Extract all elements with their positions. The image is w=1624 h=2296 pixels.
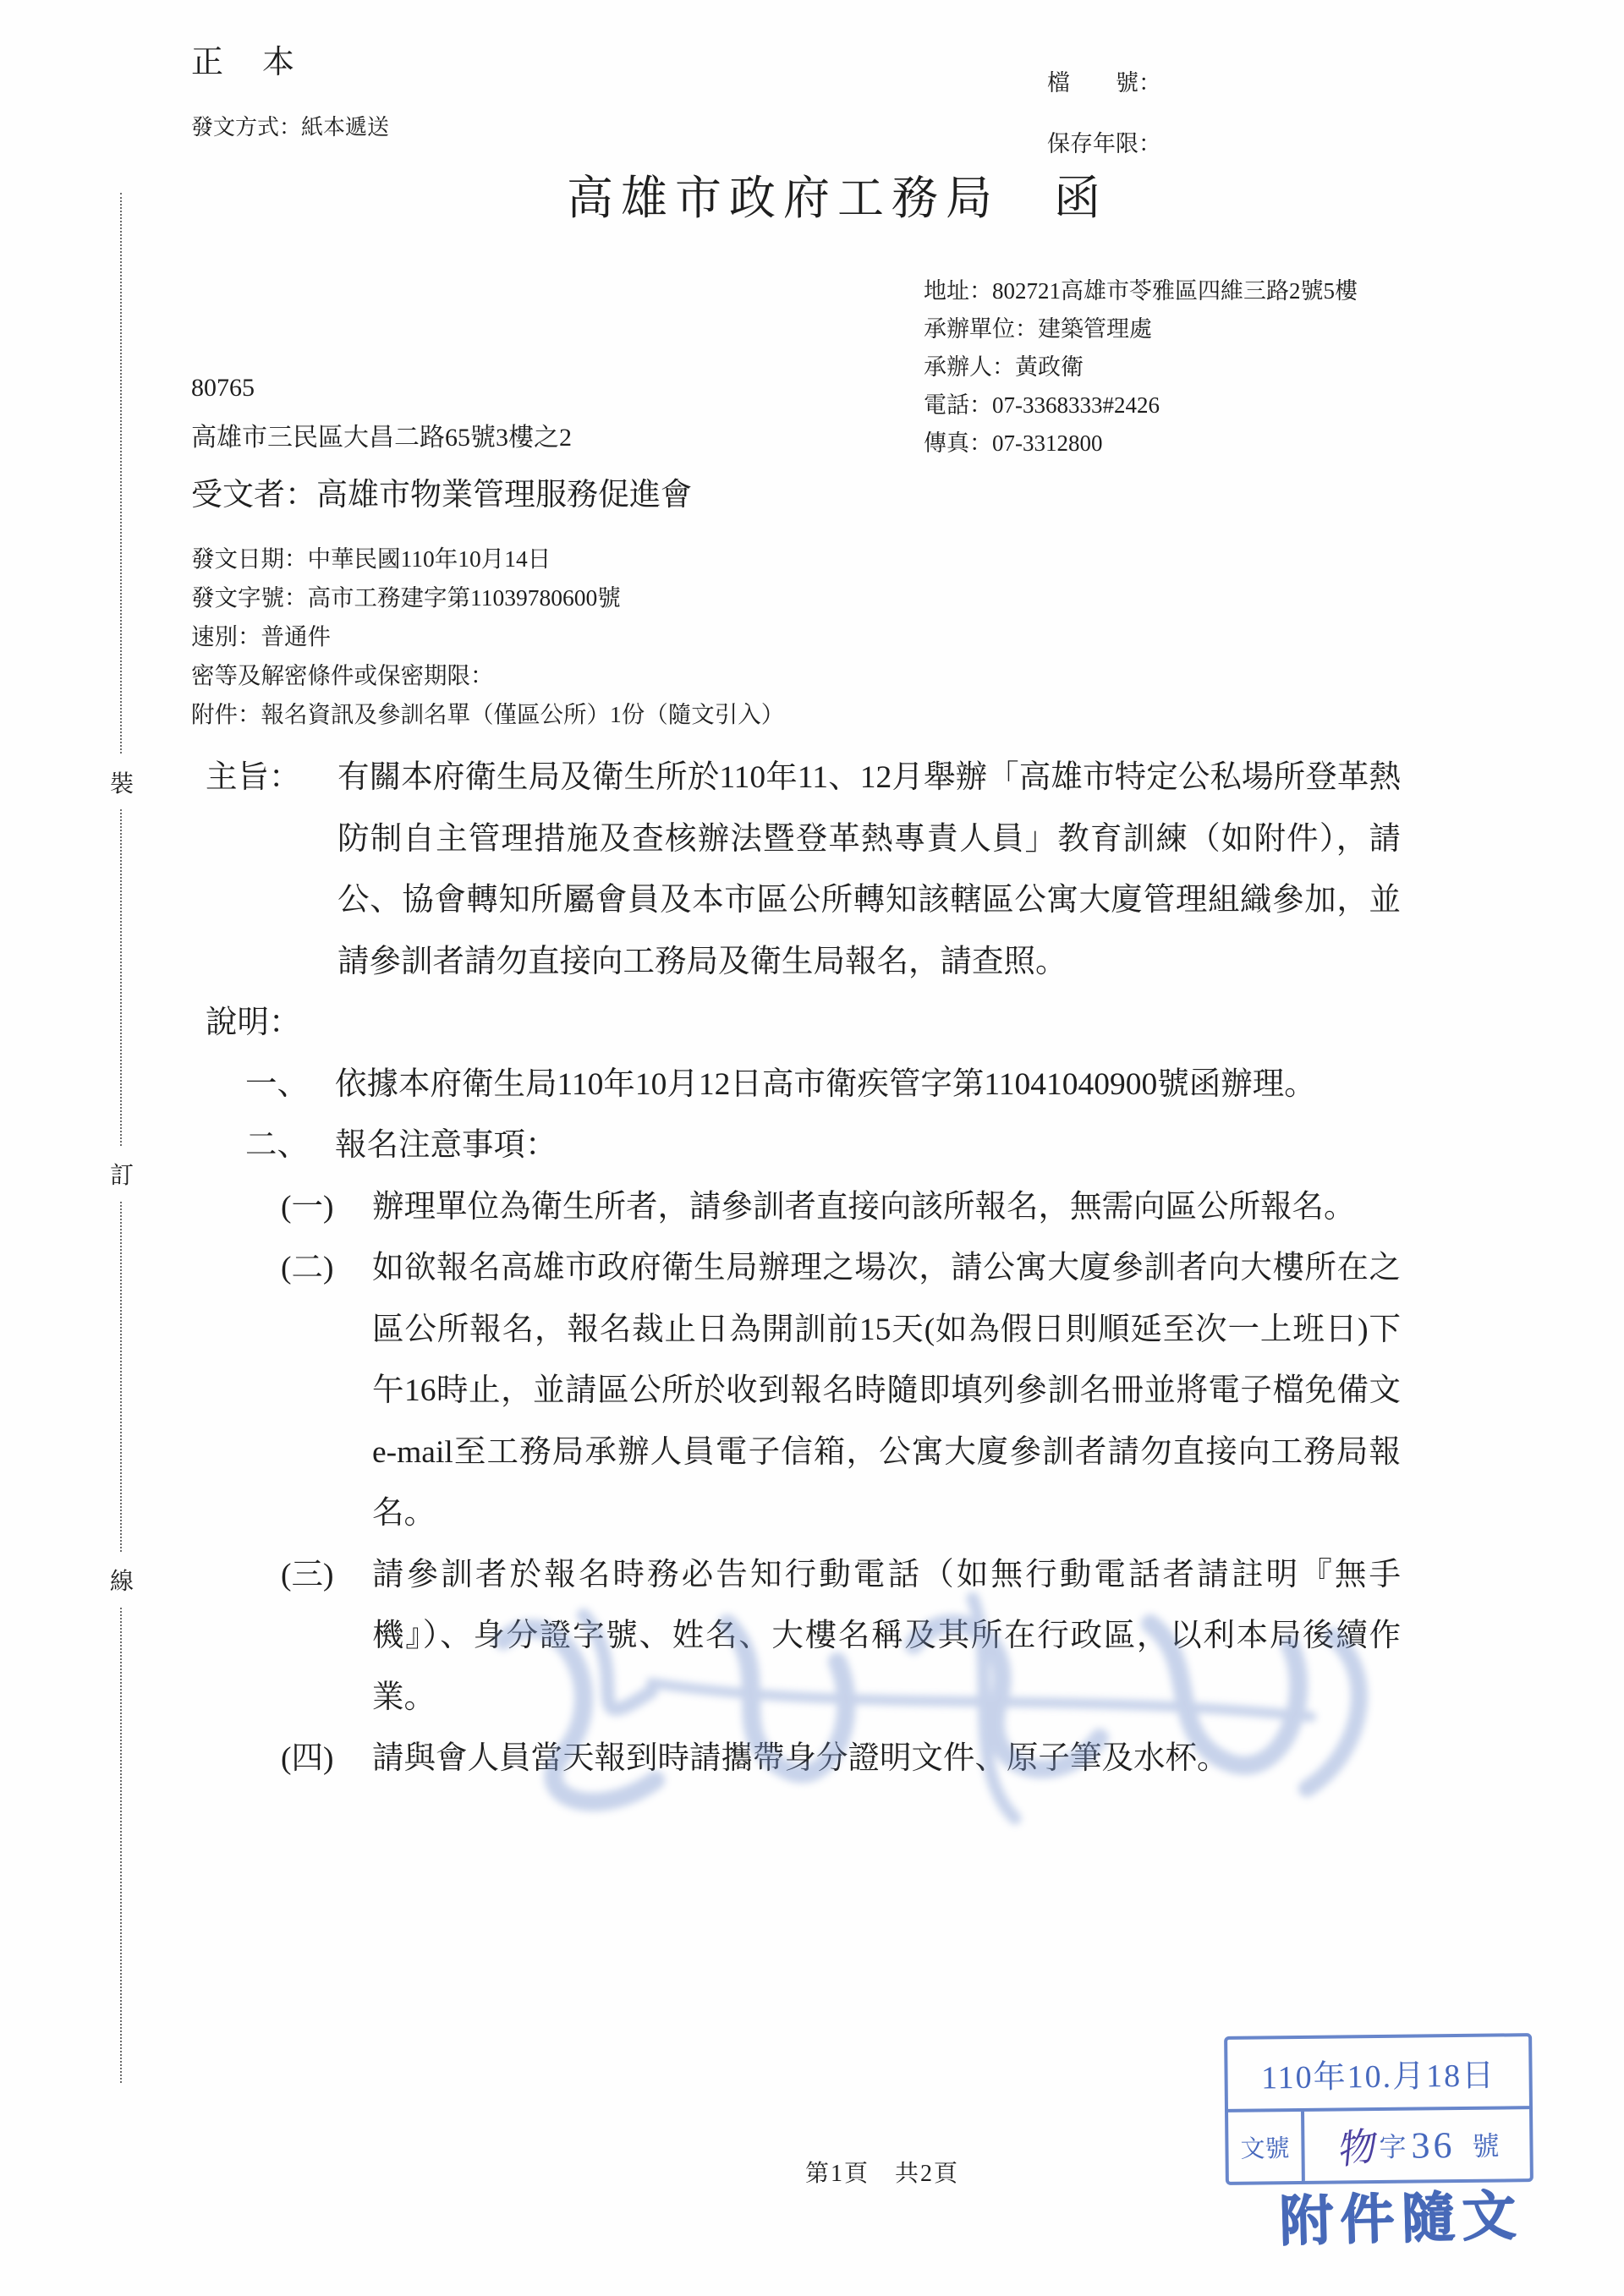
copy-type-label: 正 本	[191, 36, 298, 82]
item-label: 二、	[245, 1115, 335, 1177]
address-label: 地址：	[924, 272, 992, 310]
speed-class-line: 速別：普通件	[191, 617, 784, 656]
agency-contact-row: 承辦人： 黃政衛	[924, 348, 1423, 386]
item-label: 一、	[245, 1055, 335, 1116]
contact-value: 黃政衛	[1015, 348, 1423, 386]
retention-period-label: 保存年限：	[1047, 125, 1161, 158]
delivery-method-label: 發文方式：紙本遞送	[191, 110, 389, 141]
stamp-date: 110年10.月18日	[1227, 2036, 1529, 2112]
address-value: 802721高雄市苓雅區四維三路2號5樓	[992, 272, 1423, 310]
contact-label: 承辦人：	[924, 348, 1015, 386]
recipient-zip: 80765	[191, 374, 255, 403]
issue-date-line: 發文日期：中華民國110年10月14日	[191, 540, 784, 578]
letter-body: 主旨： 有關本府衛生局及衛生所於110年11、12月舉辦「高雄市特定公私場所登革…	[193, 748, 1401, 1790]
item-label: (二)	[281, 1238, 372, 1545]
item-label: (一)	[281, 1177, 372, 1239]
explanation-item: (一) 辦理單位為衛生所者，請參訓者直接向該所報名，無需向區公所報名。	[193, 1177, 1401, 1239]
security-class-line: 密等及解密條件或保密期限：	[191, 656, 784, 695]
stamp-attachment-note: 附件隨文	[1278, 2172, 1523, 2256]
item-label: (四)	[281, 1729, 372, 1790]
agency-unit-row: 承辦單位： 建築管理處	[924, 310, 1423, 348]
item-text: 依據本府衛生局110年10月12日高市衛疾管字第11041040900號函辦理。	[335, 1055, 1401, 1116]
agency-phone-row: 電話： 07-3368333#2426	[924, 386, 1423, 425]
attachment-line: 附件：報名資訊及參訓名單（僅區公所）1份（隨文引入）	[191, 695, 784, 734]
stamp-docno-row: 文號 物 字 36 號	[1228, 2109, 1530, 2182]
phone-label: 電話：	[924, 386, 992, 425]
subject-paragraph: 主旨： 有關本府衛生局及衛生所於110年11、12月舉辦「高雄市特定公私場所登革…	[193, 748, 1401, 993]
agency-contact-block: 地址： 802721高雄市苓雅區四維三路2號5樓 承辦單位： 建築管理處 承辦人…	[924, 272, 1423, 463]
document-title: 高雄市政府工務局 函	[567, 161, 1108, 227]
fax-label: 傳真：	[924, 425, 992, 463]
stamp-docno-label: 文號	[1228, 2112, 1305, 2182]
binding-mark-ding: 訂	[108, 1147, 135, 1201]
unit-label: 承辦單位：	[924, 310, 1038, 348]
received-date-stamp: 110年10.月18日 文號 物 字 36 號	[1224, 2033, 1533, 2185]
binding-mark-zhuang: 裝	[108, 755, 135, 809]
explanation-label: 說明：	[206, 993, 301, 1055]
binding-mark-xian: 線	[108, 1553, 135, 1607]
unit-value: 建築管理處	[1038, 310, 1423, 348]
stamp-docno-value: 物 字 36 號	[1304, 2109, 1530, 2181]
subject-text: 有關本府衛生局及衛生所於110年11、12月舉辦「高雄市特定公私場所登革熱防制自…	[337, 748, 1401, 993]
explanation-item: (二) 如欲報名高雄市政府衛生局辦理之場次，請公寓大廈參訓者向大樓所在之區公所報…	[193, 1238, 1401, 1545]
stamp-docno-prefix: 物	[1331, 2115, 1378, 2176]
page-number-footer: 第1頁 共2頁	[805, 2155, 959, 2189]
recipient-line: 受文者：高雄市物業管理服務促進會	[191, 469, 692, 514]
official-letter-page: 正 本 發文方式：紙本遞送 檔 號： 保存年限： 高雄市政府工務局 函 地址： …	[0, 0, 1624, 2296]
stamp-docno-mid: 字	[1379, 2126, 1406, 2165]
agency-fax-row: 傳真： 07-3312800	[924, 425, 1423, 463]
stamp-docno-suffix: 號	[1472, 2125, 1499, 2164]
item-text: 請參訓者於報名時務必告知行動電話（如無行動電話者請註明『無手機』）、身分證字號、…	[372, 1545, 1401, 1729]
explanation-item: 一、 依據本府衛生局110年10月12日高市衛疾管字第11041040900號函…	[193, 1055, 1401, 1116]
fax-value: 07-3312800	[992, 425, 1423, 463]
explanation-item: (四) 請與會人員當天報到時請攜帶身分證明文件、原子筆及水杯。	[193, 1729, 1401, 1790]
binding-dotted-line	[120, 193, 122, 2083]
item-label: (三)	[281, 1545, 372, 1729]
explanation-item: (三) 請參訓者於報名時務必告知行動電話（如無行動電話者請註明『無手機』）、身分…	[193, 1545, 1401, 1729]
recipient-address: 高雄市三民區大昌二路65號3樓之2	[191, 416, 572, 453]
stamp-docno-number: 36	[1411, 2123, 1456, 2167]
item-text: 請與會人員當天報到時請攜帶身分證明文件、原子筆及水杯。	[372, 1729, 1401, 1790]
document-meta-block: 發文日期：中華民國110年10月14日 發文字號：高市工務建字第11039780…	[191, 540, 784, 734]
item-text: 如欲報名高雄市政府衛生局辦理之場次，請公寓大廈參訓者向大樓所在之區公所報名，報名…	[372, 1238, 1401, 1545]
explanation-heading: 說明：	[193, 993, 1401, 1055]
item-text: 報名注意事項：	[335, 1115, 1401, 1177]
agency-address-row: 地址： 802721高雄市苓雅區四維三路2號5樓	[924, 272, 1423, 310]
explanation-items: 一、 依據本府衛生局110年10月12日高市衛疾管字第11041040900號函…	[193, 1055, 1401, 1790]
phone-value: 07-3368333#2426	[992, 386, 1423, 425]
explanation-item: 二、 報名注意事項：	[193, 1115, 1401, 1177]
issue-number-line: 發文字號：高市工務建字第11039780600號	[191, 578, 784, 617]
item-text: 辦理單位為衛生所者，請參訓者直接向該所報名，無需向區公所報名。	[372, 1177, 1401, 1239]
subject-label: 主旨：	[206, 748, 337, 993]
file-number-label: 檔 號：	[1047, 64, 1161, 97]
